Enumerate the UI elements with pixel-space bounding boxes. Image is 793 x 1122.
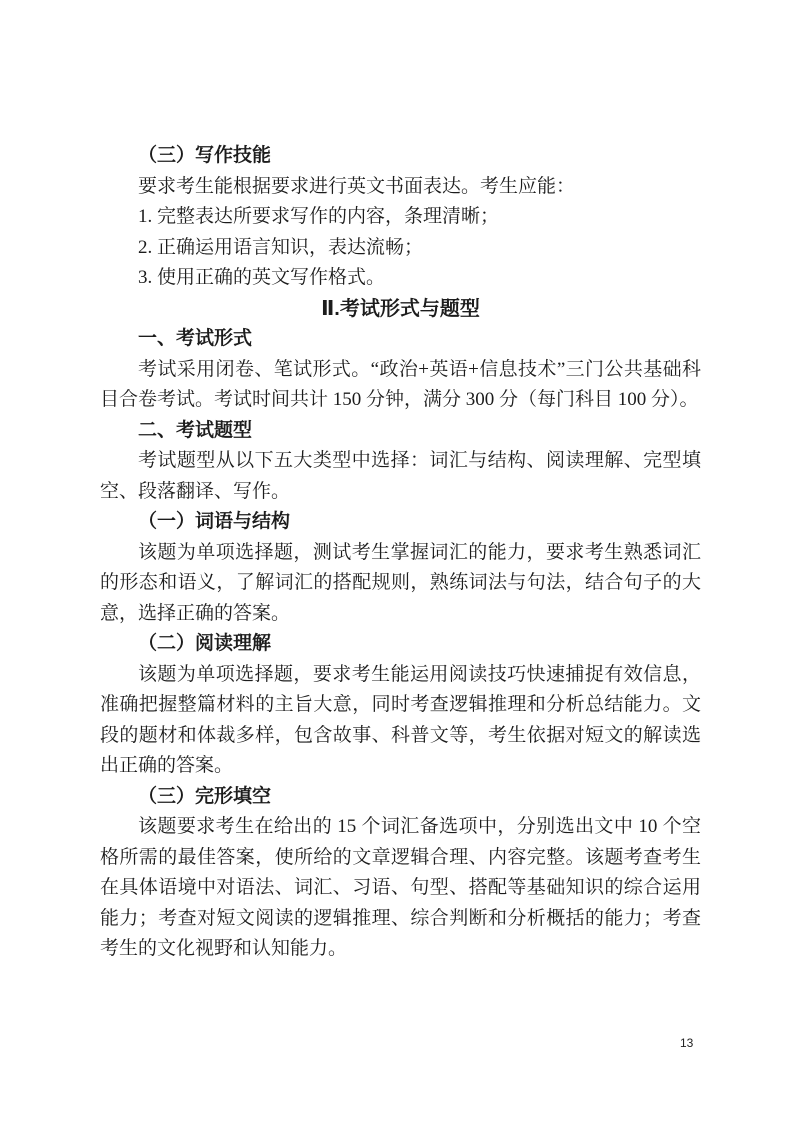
paragraph-reading-comprehension: 该题为单项选择题，要求考生能运用阅读技巧快速捕捉有效信息，准确把握整篇材料的主旨…	[100, 660, 701, 782]
heading-exam-question-types: 二、考试题型	[100, 416, 701, 447]
paragraph-vocabulary-and-structure: 该题为单项选择题，测试考生掌握词汇的能力，要求考生熟悉词汇的形态和语义，了解词汇…	[100, 538, 701, 630]
paragraph-cloze: 该题要求考生在给出的 15 个词汇备选项中，分别选出文中 10 个空格所需的最佳…	[100, 812, 701, 965]
page-number: 13	[680, 1035, 693, 1051]
document-page: （三）写作技能 要求考生能根据要求进行英文书面表达。考生应能： 1. 完整表达所…	[0, 0, 793, 1122]
heading-exam-format: 一、考试形式	[100, 324, 701, 355]
heading-part2-exam-format-and-types: Ⅱ.考试形式与题型	[100, 294, 701, 325]
list-item-writing-3: 3. 使用正确的英文写作格式。	[100, 263, 701, 294]
heading-vocabulary-and-structure: （一）词语与结构	[100, 507, 701, 538]
document-content: （三）写作技能 要求考生能根据要求进行英文书面表达。考生应能： 1. 完整表达所…	[100, 141, 701, 965]
heading-reading-comprehension: （二）阅读理解	[100, 629, 701, 660]
heading-cloze: （三）完形填空	[100, 782, 701, 813]
list-item-writing-2: 2. 正确运用语言知识，表达流畅；	[100, 233, 701, 264]
paragraph-writing-requirements: 要求考生能根据要求进行英文书面表达。考生应能：	[100, 172, 701, 203]
list-item-writing-1: 1. 完整表达所要求写作的内容，条理清晰；	[100, 202, 701, 233]
paragraph-exam-question-types: 考试题型从以下五大类型中选择：词汇与结构、阅读理解、完型填空、段落翻译、写作。	[100, 446, 701, 507]
heading-writing-skills: （三）写作技能	[100, 141, 701, 172]
paragraph-exam-format: 考试采用闭卷、笔试形式。“政治+英语+信息技术”三门公共基础科目合卷考试。考试时…	[100, 355, 701, 416]
